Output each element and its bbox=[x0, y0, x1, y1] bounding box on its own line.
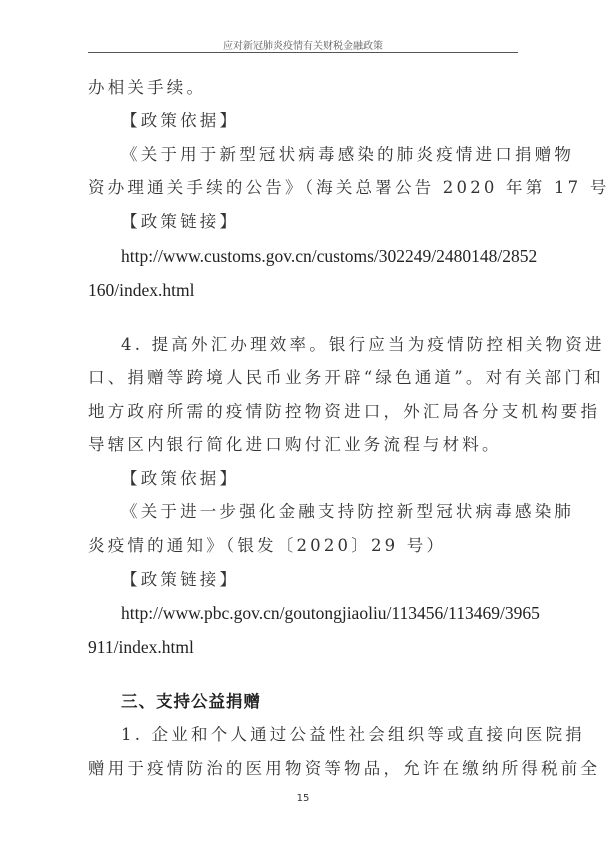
text-line: 【政策依据】 bbox=[121, 469, 553, 489]
page-number: 15 bbox=[0, 793, 606, 804]
text-line: 办相关手续。 bbox=[88, 78, 520, 98]
header-divider bbox=[88, 52, 518, 53]
policy-link[interactable]: http://www.customs.gov.cn/customs/302249… bbox=[121, 246, 553, 266]
text-line: 赠用于疫情防治的医用物资等物品，允许在缴纳所得税前全 bbox=[88, 759, 520, 779]
text-line: 【政策链接】 bbox=[121, 570, 553, 590]
text-line: 《关于用于新型冠状病毒感染的肺炎疫情进口捐赠物 bbox=[121, 145, 553, 165]
section-heading: 三、支持公益捐赠 bbox=[121, 692, 553, 712]
text-line: 导辖区内银行简化进口购付汇业务流程与材料。 bbox=[88, 435, 520, 455]
text-line: 口、捐赠等跨境人民币业务开辟“绿色通道”。对有关部门和 bbox=[88, 368, 520, 388]
header-title: 应对新冠肺炎疫情有关财税金融政策 bbox=[0, 37, 606, 52]
text-line: 1. 企业和个人通过公益性社会组织等或直接向医院捐 bbox=[121, 725, 553, 745]
text-line: 《关于进一步强化金融支持防控新型冠状病毒感染肺 bbox=[121, 502, 553, 522]
policy-link[interactable]: 911/index.html bbox=[88, 637, 520, 657]
text-line: 【政策链接】 bbox=[121, 212, 553, 232]
text-line: 4. 提高外汇办理效率。银行应当为疫情防控相关物资进 bbox=[121, 335, 553, 355]
policy-link[interactable]: 160/index.html bbox=[88, 280, 520, 300]
text-line: 【政策依据】 bbox=[121, 111, 553, 131]
text-line: 炎疫情的通知》（银发〔2020〕29 号） bbox=[88, 536, 520, 556]
text-line: 地方政府所需的疫情防控物资进口，外汇局各分支机构要指 bbox=[88, 402, 520, 422]
policy-link[interactable]: http://www.pbc.gov.cn/goutongjiaoliu/113… bbox=[121, 603, 553, 623]
text-line: 资办理通关手续的公告》（海关总署公告 2020 年第 17 号） bbox=[88, 178, 520, 198]
